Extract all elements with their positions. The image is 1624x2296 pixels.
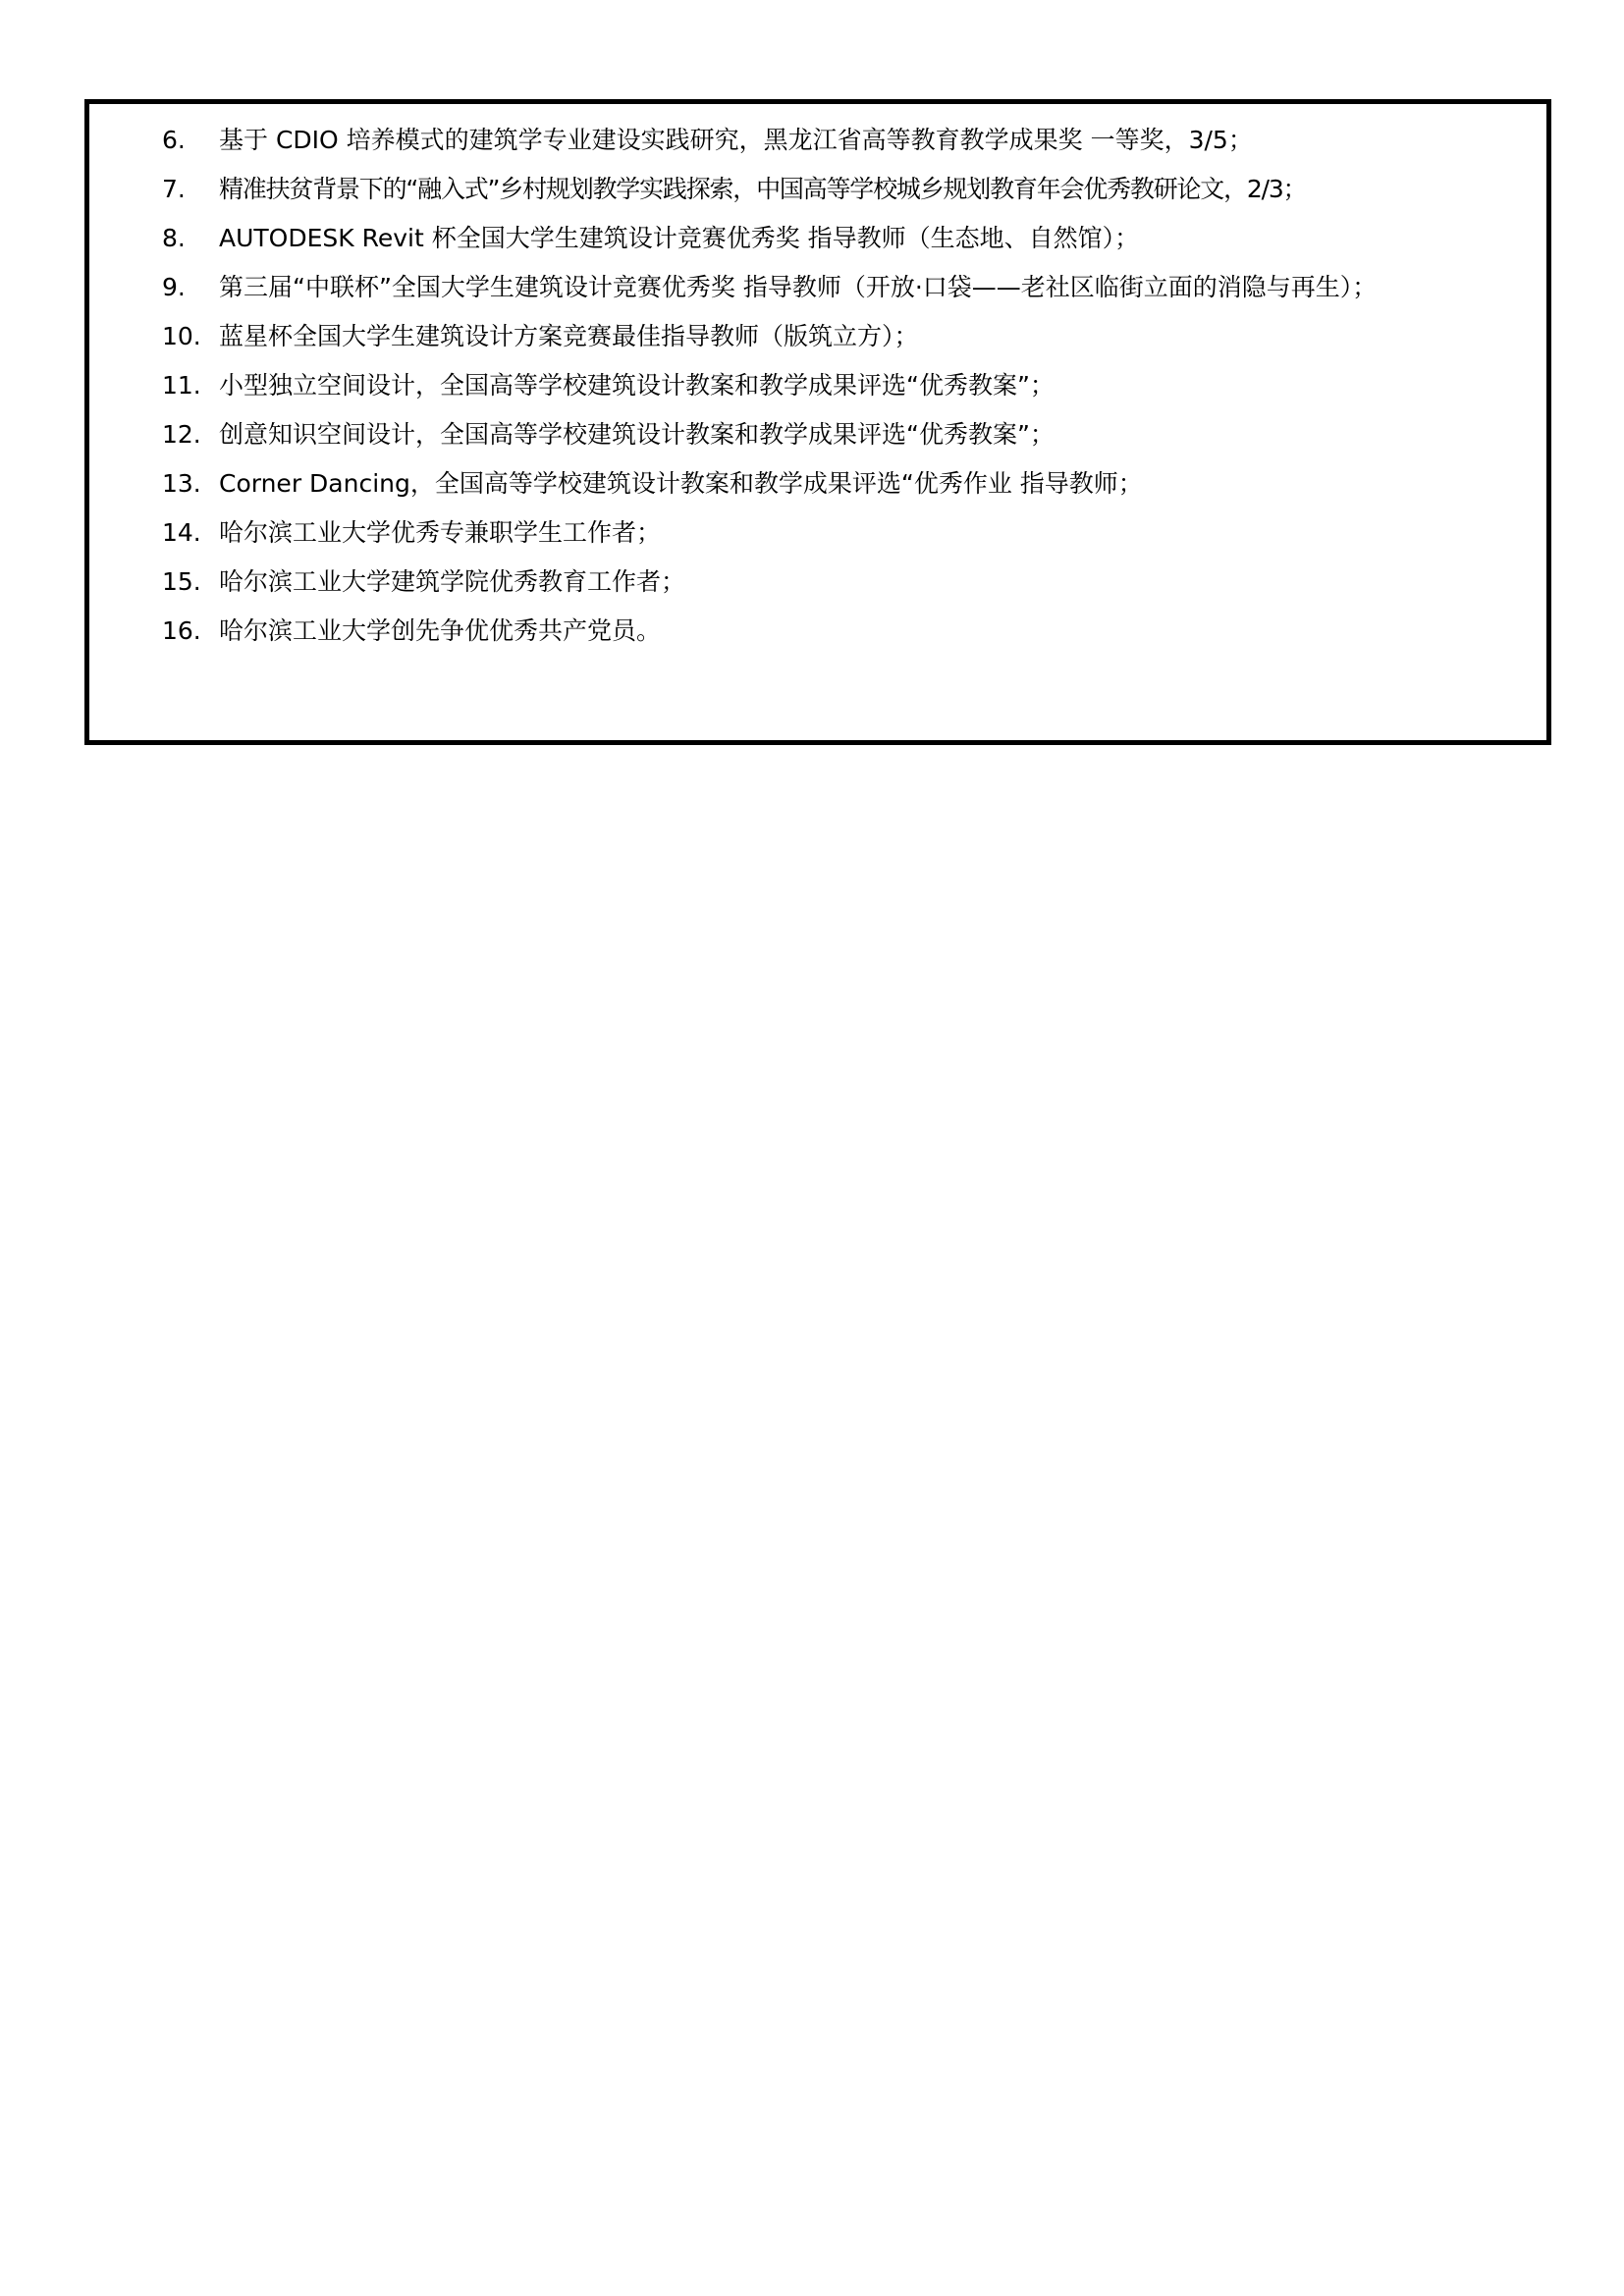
list-item: 15.哈尔滨工业大学建筑学院优秀教育工作者； [162, 558, 1533, 607]
awards-list: 6.基于 CDIO 培养模式的建筑学专业建设实践研究，黑龙江省高等教育教学成果奖… [162, 116, 1533, 656]
item-text: Corner Dancing，全国高等学校建筑设计教案和教学成果评选“优秀作业 … [219, 459, 1533, 508]
item-text: 第三届“中联杯”全国大学生建筑设计竞赛优秀奖 指导教师（开放·口袋——老社区临街… [162, 263, 1533, 312]
list-item: 12.创意知识空间设计，全国高等学校建筑设计教案和教学成果评选“优秀教案”； [162, 410, 1533, 459]
item-number: 6. [162, 116, 186, 165]
list-item: 8.AUTODESK Revit 杯全国大学生建筑设计竞赛优秀奖 指导教师（生态… [162, 214, 1533, 263]
item-text: AUTODESK Revit 杯全国大学生建筑设计竞赛优秀奖 指导教师（生态地、… [219, 214, 1533, 263]
list-item: 16.哈尔滨工业大学创先争优优秀共产党员。 [162, 607, 1533, 656]
list-item: 7.精准扶贫背景下的“融入式”乡村规划教学实践探索，中国高等学校城乡规划教育年会… [162, 165, 1533, 214]
item-number: 15. [162, 558, 201, 607]
list-item: 13.Corner Dancing，全国高等学校建筑设计教案和教学成果评选“优秀… [162, 459, 1533, 508]
item-number: 16. [162, 607, 201, 656]
item-number: 8. [162, 214, 186, 263]
list-item: 9.第三届“中联杯”全国大学生建筑设计竞赛优秀奖 指导教师（开放·口袋——老社区… [162, 263, 1533, 312]
item-text: 哈尔滨工业大学优秀专兼职学生工作者； [219, 508, 1533, 558]
list-item: 11.小型独立空间设计，全国高等学校建筑设计教案和教学成果评选“优秀教案”； [162, 361, 1533, 410]
item-number: 14. [162, 508, 201, 558]
bordered-text-box: 6.基于 CDIO 培养模式的建筑学专业建设实践研究，黑龙江省高等教育教学成果奖… [84, 99, 1551, 745]
item-text: 精准扶贫背景下的“融入式”乡村规划教学实践探索，中国高等学校城乡规划教育年会优秀… [219, 165, 1533, 214]
item-number: 13. [162, 459, 201, 508]
item-text: 哈尔滨工业大学创先争优优秀共产党员。 [219, 607, 1533, 656]
list-item: 10.蓝星杯全国大学生建筑设计方案竞赛最佳指导教师（版筑立方）； [162, 312, 1533, 361]
item-text: 小型独立空间设计，全国高等学校建筑设计教案和教学成果评选“优秀教案”； [219, 361, 1533, 410]
item-number: 11. [162, 361, 201, 410]
list-item: 14.哈尔滨工业大学优秀专兼职学生工作者； [162, 508, 1533, 558]
item-text: 哈尔滨工业大学建筑学院优秀教育工作者； [219, 558, 1533, 607]
item-number: 7. [162, 165, 186, 214]
item-number: 9. [162, 263, 186, 312]
item-number: 12. [162, 410, 201, 459]
item-number: 10. [162, 312, 201, 361]
list-item: 6.基于 CDIO 培养模式的建筑学专业建设实践研究，黑龙江省高等教育教学成果奖… [162, 116, 1533, 165]
item-text: 创意知识空间设计，全国高等学校建筑设计教案和教学成果评选“优秀教案”； [219, 410, 1533, 459]
item-text: 基于 CDIO 培养模式的建筑学专业建设实践研究，黑龙江省高等教育教学成果奖 一… [219, 116, 1533, 165]
item-text: 蓝星杯全国大学生建筑设计方案竞赛最佳指导教师（版筑立方）； [219, 312, 1533, 361]
